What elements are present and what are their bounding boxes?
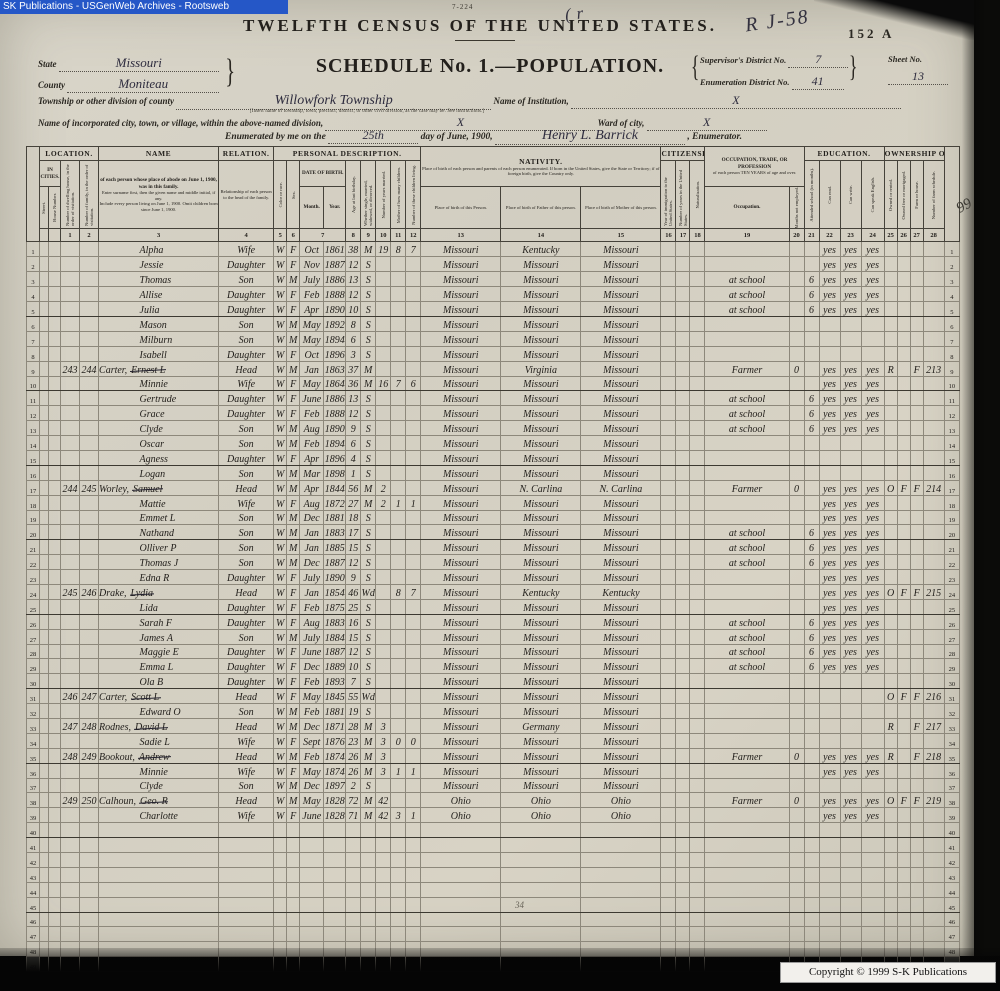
cell-en [861, 838, 884, 853]
cell-fm [897, 644, 910, 659]
cell-mo: Apr [300, 302, 324, 317]
cell-ym: 2 [376, 495, 391, 510]
cell-p2: Missouri [501, 391, 581, 406]
row-number-left: 44 [27, 882, 40, 897]
cell-fm [897, 763, 910, 778]
cell-name [99, 927, 219, 942]
cell-s: F [287, 570, 300, 585]
cell-ag: 12 [346, 555, 361, 570]
cell-p2: Ohio [501, 793, 581, 808]
col-can-speak-english: Can speak English. [861, 161, 884, 229]
cell-ms: S [361, 540, 376, 555]
cell-ym [376, 927, 391, 942]
cell-fm [897, 361, 910, 376]
cell-mu [789, 808, 804, 823]
cell-yr: 1885 [324, 540, 346, 555]
cell-p3: Missouri [581, 748, 661, 763]
cell-p2: Missouri [501, 778, 581, 793]
cell-cl [406, 644, 421, 659]
cell-yr: 1894 [324, 436, 346, 451]
cell-as [804, 853, 819, 868]
cell-as [804, 689, 819, 704]
cell-r [219, 927, 274, 942]
cell-d [61, 450, 80, 465]
cell-ho [49, 748, 61, 763]
col-age: Age at last birthday. [346, 161, 361, 229]
cell-mo: Aug [300, 614, 324, 629]
cell-ms: M [361, 480, 376, 495]
cell-ms: M [361, 718, 376, 733]
cell-p1: Missouri [421, 287, 501, 302]
cell-oh [884, 912, 897, 927]
cell-mu [789, 778, 804, 793]
cell-mc [391, 629, 406, 644]
cell-en: yes [861, 644, 884, 659]
cell-fm [897, 257, 910, 272]
cell-cl: 1 [406, 763, 421, 778]
cell-st [40, 421, 49, 436]
cell-mu [789, 406, 804, 421]
cell-s: M [287, 480, 300, 495]
cell-ym [376, 346, 391, 361]
cell-st [40, 346, 49, 361]
cell-d [61, 302, 80, 317]
cell-as: 6 [804, 302, 819, 317]
cell-mu: 0 [789, 361, 804, 376]
cell-r: Head [219, 748, 274, 763]
cell-ag: 25 [346, 599, 361, 614]
cell-na [690, 257, 705, 272]
cell-na [690, 376, 705, 391]
cell-cl [406, 331, 421, 346]
cell-as: 6 [804, 644, 819, 659]
colnum-26: 26 [897, 229, 910, 242]
cell-na [690, 897, 705, 912]
enumerator-label: , Enumerator. [687, 132, 742, 142]
cell-ms: S [361, 644, 376, 659]
cell-mo: May [300, 793, 324, 808]
cell-name: Mattie [99, 495, 219, 510]
cell-wr [840, 912, 861, 927]
cell-mo: Feb [300, 406, 324, 421]
cell-mu [789, 450, 804, 465]
cell-yr: 1897 [324, 778, 346, 793]
cell-ms: M [361, 376, 376, 391]
cell-r: Son [219, 525, 274, 540]
cell-s: F [287, 763, 300, 778]
cell-mo: July [300, 272, 324, 287]
cell-p1 [421, 912, 501, 927]
row-number-left: 30 [27, 674, 40, 689]
cell-as: 6 [804, 421, 819, 436]
cell-na [690, 391, 705, 406]
cell-p1: Missouri [421, 748, 501, 763]
cell-ms: S [361, 614, 376, 629]
cell-mu: 0 [789, 748, 804, 763]
cell-p3: Missouri [581, 450, 661, 465]
cell-p1: Missouri [421, 242, 501, 257]
cell-fm [897, 748, 910, 763]
row-number-left: 43 [27, 867, 40, 882]
cell-fm [897, 287, 910, 302]
cell-c: W [274, 793, 287, 808]
cell-p2: Missouri [501, 689, 581, 704]
cell-wr: yes [840, 525, 861, 540]
cell-na [690, 287, 705, 302]
cell-mu [789, 436, 804, 451]
cell-rd: yes [819, 272, 840, 287]
cell-na [690, 555, 705, 570]
cell-c: W [274, 272, 287, 287]
cell-fh [910, 257, 923, 272]
cell-s: M [287, 793, 300, 808]
cell-oc [705, 733, 789, 748]
cell-name: Nathand [99, 525, 219, 540]
cell-p3: Missouri [581, 287, 661, 302]
cell-ms [361, 927, 376, 942]
cell-c [274, 927, 287, 942]
colnum-18: 18 [690, 229, 705, 242]
cell-wr: yes [840, 510, 861, 525]
cell-oc [705, 882, 789, 897]
cell-wr [840, 346, 861, 361]
cell-p2: Ohio [501, 808, 581, 823]
cell-mc: 1 [391, 763, 406, 778]
cell-as [804, 376, 819, 391]
cell-r: Daughter [219, 450, 274, 465]
cell-name: Minnie [99, 763, 219, 778]
cell-rd: yes [819, 525, 840, 540]
cell-ag: 16 [346, 614, 361, 629]
cell-ym [376, 540, 391, 555]
cell-yr: 1863 [324, 361, 346, 376]
cell-oh [884, 346, 897, 361]
cell-f [80, 465, 99, 480]
cell-r: Daughter [219, 391, 274, 406]
cell-st [40, 644, 49, 659]
cell-c: W [274, 465, 287, 480]
cell-en [861, 778, 884, 793]
cell-fm [897, 927, 910, 942]
cell-ym [376, 867, 391, 882]
cell-as: 6 [804, 391, 819, 406]
cell-p3: Missouri [581, 346, 661, 361]
cell-cl [406, 882, 421, 897]
cell-oc [705, 465, 789, 480]
cell-oc [705, 718, 789, 733]
cell-ms: S [361, 302, 376, 317]
cell-st [40, 808, 49, 823]
cell-c [274, 912, 287, 927]
cell-as [804, 495, 819, 510]
cell-d [61, 644, 80, 659]
cell-cl [406, 287, 421, 302]
cell-yu [676, 853, 690, 868]
cell-s [287, 927, 300, 942]
cell-fm [897, 331, 910, 346]
cell-ym [376, 629, 391, 644]
cell-mo: Dec [300, 555, 324, 570]
cell-wr [840, 867, 861, 882]
cell-cl [406, 465, 421, 480]
cell-ho [49, 450, 61, 465]
cell-oc [705, 897, 789, 912]
cell-en: yes [861, 272, 884, 287]
cell-d [61, 629, 80, 644]
cell-f [80, 823, 99, 838]
cell-fm [897, 599, 910, 614]
cell-ym [376, 555, 391, 570]
cell-en [861, 331, 884, 346]
cell-oc [705, 450, 789, 465]
cell-ag: 38 [346, 242, 361, 257]
cell-fm: F [897, 689, 910, 704]
cell-na [690, 808, 705, 823]
cell-c: W [274, 480, 287, 495]
cell-st [40, 718, 49, 733]
cell-as [804, 867, 819, 882]
cell-p1: Missouri [421, 510, 501, 525]
cell-p1: Missouri [421, 272, 501, 287]
cell-yu [676, 570, 690, 585]
cell-ms: S [361, 346, 376, 361]
cell-ym [376, 450, 391, 465]
cell-na [690, 495, 705, 510]
cell-f [80, 808, 99, 823]
cell-yu [676, 882, 690, 897]
cell-wr [840, 853, 861, 868]
cell-name: Logan [99, 465, 219, 480]
cell-cl [406, 704, 421, 719]
cell-name: Thomas J [99, 555, 219, 570]
cell-p1: Missouri [421, 450, 501, 465]
cell-fm [897, 540, 910, 555]
cell-mu [789, 763, 804, 778]
cell-oc [705, 808, 789, 823]
cell-name: Sarah F [99, 614, 219, 629]
cell-fm [897, 867, 910, 882]
cell-rd: yes [819, 763, 840, 778]
enumeration-label: Enumeration District No. [700, 77, 790, 87]
cell-yr [324, 897, 346, 912]
cell-yr: 1881 [324, 510, 346, 525]
cell-mc [391, 361, 406, 376]
cell-yr: 1872 [324, 495, 346, 510]
row-number-left: 21 [27, 540, 40, 555]
cell-ms: S [361, 421, 376, 436]
cell-p3: Ohio [581, 793, 661, 808]
cell-rd: yes [819, 302, 840, 317]
cell-oh [884, 525, 897, 540]
cell-cl [406, 867, 421, 882]
cell-d [61, 391, 80, 406]
cell-oc: at school [705, 614, 789, 629]
cell-s: F [287, 644, 300, 659]
cell-st [40, 257, 49, 272]
cell-p1: Missouri [421, 302, 501, 317]
cell-ym [376, 316, 391, 331]
cell-yr: 1890 [324, 421, 346, 436]
cell-yr: 1861 [324, 242, 346, 257]
cell-yu [676, 614, 690, 629]
cell-f [80, 570, 99, 585]
cell-ms [361, 897, 376, 912]
cell-name: Drake,Lydia [99, 584, 219, 599]
cell-na [690, 346, 705, 361]
cell-oh [884, 421, 897, 436]
cell-p2: Missouri [501, 733, 581, 748]
cell-ag: 15 [346, 540, 361, 555]
cell-im [661, 733, 676, 748]
cell-wr: yes [840, 421, 861, 436]
row-number-header-left [27, 147, 40, 242]
cell-mo [300, 882, 324, 897]
cell-oh [884, 302, 897, 317]
cell-oh [884, 450, 897, 465]
cell-oc: Farmer [705, 793, 789, 808]
cell-as [804, 510, 819, 525]
schedule-title: SCHEDULE No. 1.—POPULATION. [250, 55, 730, 78]
cell-mc: 7 [391, 376, 406, 391]
cell-st [40, 867, 49, 882]
cell-rd: yes [819, 808, 840, 823]
row-number-left: 14 [27, 436, 40, 451]
row-number-left: 16 [27, 465, 40, 480]
cell-im [661, 406, 676, 421]
cell-im [661, 614, 676, 629]
cell-p1: Missouri [421, 629, 501, 644]
cell-as: 6 [804, 540, 819, 555]
cell-cl [406, 480, 421, 495]
cell-d [61, 257, 80, 272]
cell-oc: at school [705, 659, 789, 674]
cell-rd [819, 912, 840, 927]
cell-mc: 8 [391, 584, 406, 599]
cell-oh [884, 674, 897, 689]
cell-st [40, 316, 49, 331]
cell-oh [884, 570, 897, 585]
cell-r: Wife [219, 763, 274, 778]
cell-c: W [274, 555, 287, 570]
cell-wr: yes [840, 480, 861, 495]
colnum-9: 9 [361, 229, 376, 242]
col-naturalization: Naturalization. [690, 161, 705, 229]
col-name-description: of each person whose place of abode on J… [99, 161, 219, 229]
colnum-19: 19 [705, 229, 789, 242]
cell-ho [49, 302, 61, 317]
group-citizenship: CITIZENSHIP. [661, 147, 705, 161]
cell-p3: Missouri [581, 242, 661, 257]
cell-na [690, 927, 705, 942]
cell-ho [49, 882, 61, 897]
colnum-5: 5 [274, 229, 287, 242]
cell-oc [705, 257, 789, 272]
cell-im [661, 674, 676, 689]
cell-ms: M [361, 763, 376, 778]
cell-wr: yes [840, 644, 861, 659]
cell-st [40, 733, 49, 748]
cell-im [661, 376, 676, 391]
colnum-8: 8 [346, 229, 361, 242]
cell-im [661, 570, 676, 585]
row-number-left: 10 [27, 376, 40, 391]
cell-wr [840, 436, 861, 451]
cell-s: M [287, 510, 300, 525]
cell-ym [376, 614, 391, 629]
cell-ms [361, 867, 376, 882]
cell-s: F [287, 242, 300, 257]
cell-im [661, 927, 676, 942]
cell-ms: M [361, 242, 376, 257]
state-label: State [38, 59, 57, 69]
cell-as: 6 [804, 614, 819, 629]
cell-im [661, 391, 676, 406]
cell-fh [910, 331, 923, 346]
cell-mc [391, 436, 406, 451]
cell-p3: Missouri [581, 540, 661, 555]
row-number-left: 22 [27, 555, 40, 570]
cell-wr [840, 778, 861, 793]
cell-yr [324, 838, 346, 853]
cell-en: yes [861, 584, 884, 599]
cell-ms: S [361, 659, 376, 674]
cell-f [80, 614, 99, 629]
cell-na [690, 778, 705, 793]
cell-mc [391, 525, 406, 540]
cell-ho [49, 376, 61, 391]
cell-en: yes [861, 525, 884, 540]
cell-s: F [287, 689, 300, 704]
colnum-house [49, 229, 61, 242]
cell-im [661, 421, 676, 436]
cell-oh [884, 867, 897, 882]
cell-s: M [287, 555, 300, 570]
cell-name: Oscar [99, 436, 219, 451]
cell-mc [391, 480, 406, 495]
col-sex: Sex. [287, 161, 300, 229]
row-number-left: 23 [27, 570, 40, 585]
cell-mc [391, 287, 406, 302]
cell-yr: 1887 [324, 257, 346, 272]
cell-yu [676, 629, 690, 644]
cell-ho [49, 659, 61, 674]
cell-yu [676, 897, 690, 912]
row-number-left: 34 [27, 733, 40, 748]
district-block: { Supervisor's District No. 7 Enumeratio… [700, 52, 848, 90]
cell-p2: Missouri [501, 599, 581, 614]
colnum-27: 27 [910, 229, 923, 242]
cell-s: F [287, 584, 300, 599]
cell-ho [49, 584, 61, 599]
cell-ag: 12 [346, 287, 361, 302]
cell-r [219, 897, 274, 912]
cell-d [61, 406, 80, 421]
cell-name: Thomas [99, 272, 219, 287]
cell-p3 [581, 912, 661, 927]
cell-cl [406, 718, 421, 733]
cell-name: Emma L [99, 659, 219, 674]
cell-p3 [581, 867, 661, 882]
enumerated-suffix: day of June, 1900, [421, 132, 493, 142]
township-label: Township or other division of county [38, 96, 174, 106]
cell-p3: N. Carlina [581, 480, 661, 495]
cell-ms: S [361, 704, 376, 719]
cell-en [861, 882, 884, 897]
cell-f: 247 [80, 689, 99, 704]
col-dwelling-number: Number of dwelling house, in the order o… [61, 161, 80, 229]
cell-ms: S [361, 525, 376, 540]
cell-st [40, 540, 49, 555]
